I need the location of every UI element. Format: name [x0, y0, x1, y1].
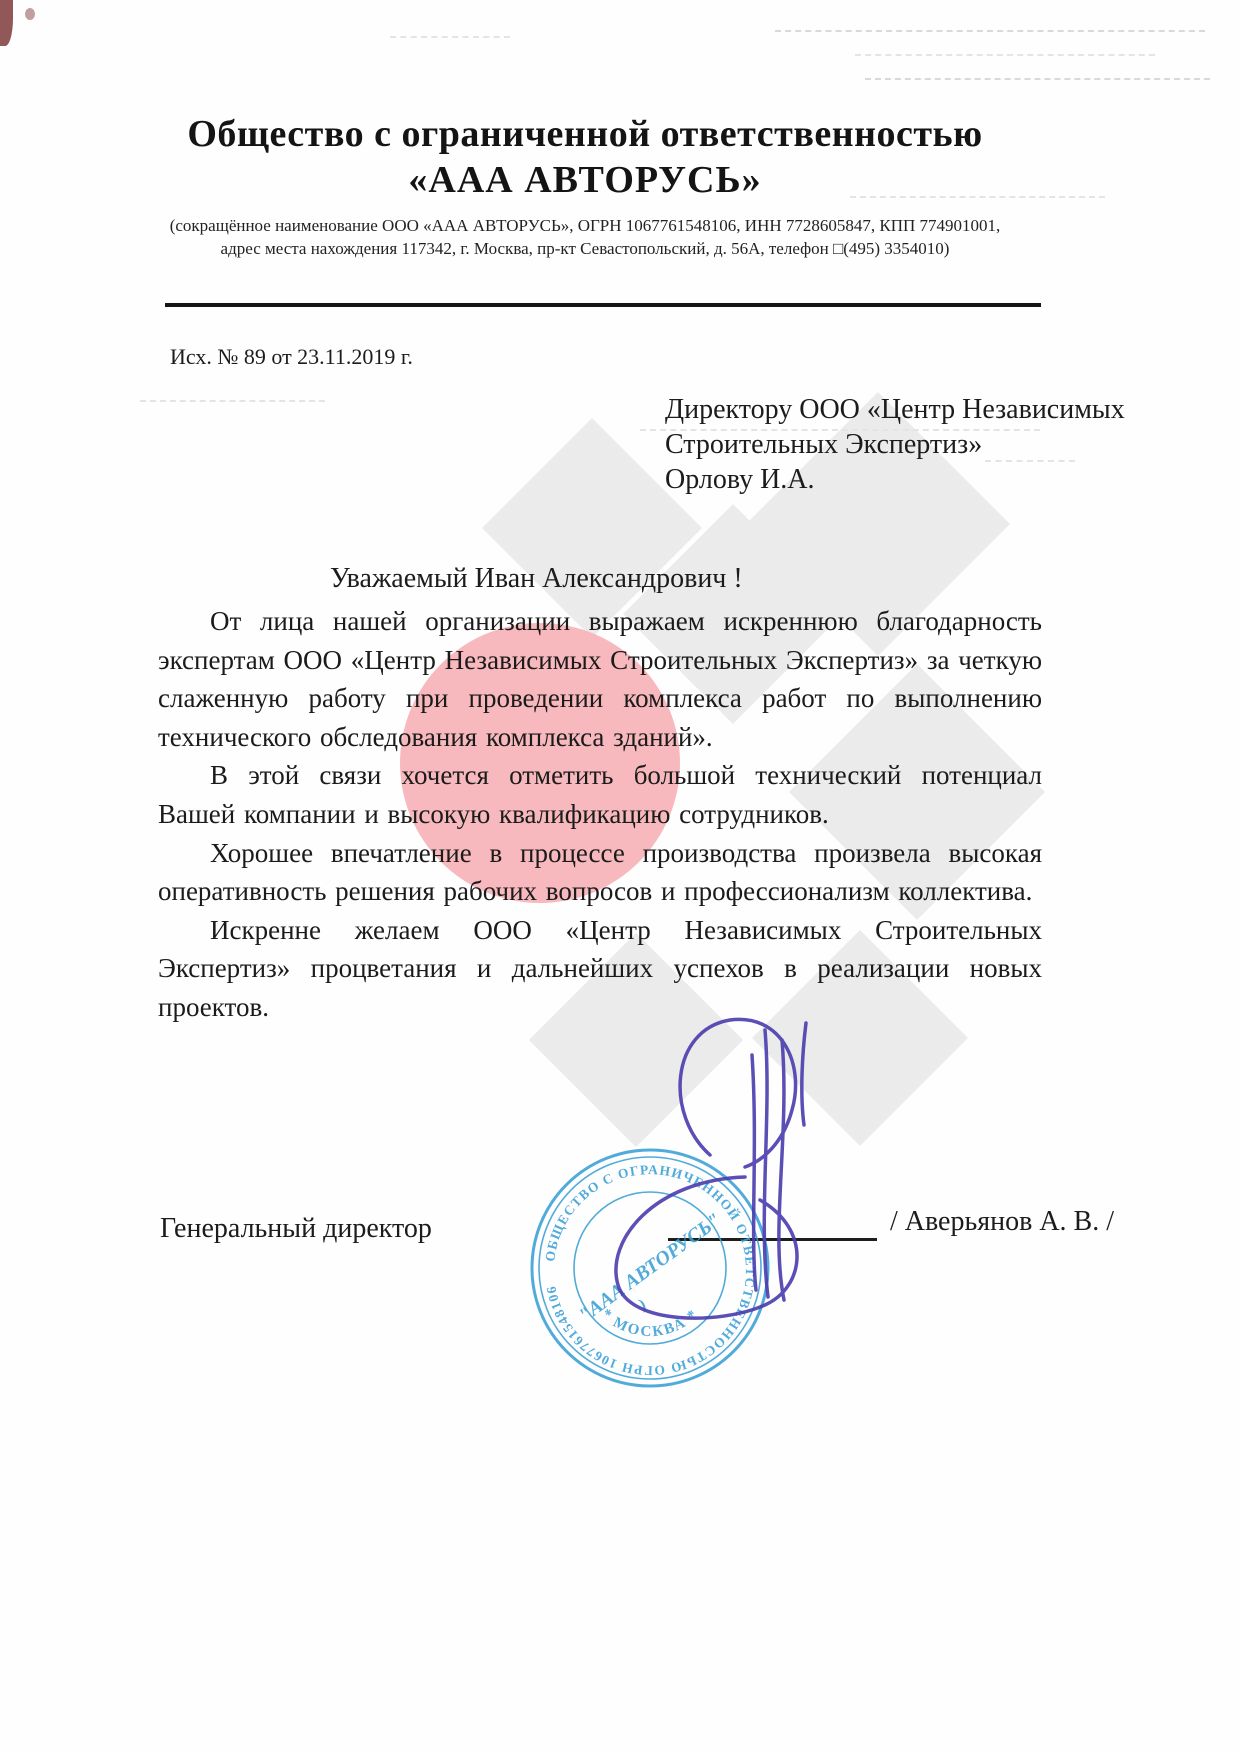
org-name-line2: «ААА АВТОРУСЬ»	[0, 158, 1170, 202]
org-name-line1: Общество с ограниченной ответственностью	[0, 0, 1170, 156]
signature-strokes	[616, 1019, 806, 1318]
body-paragraph: Хорошее впечатление в процессе производс…	[158, 834, 1042, 911]
scanned-letter-page: Общество с ограниченной ответственностью…	[0, 0, 1240, 1753]
letterhead-divider-rule	[165, 303, 1041, 307]
org-details: (сокращённое наименование ООО «ААА АВТОР…	[0, 214, 1170, 260]
recipient-line1: Директору ООО «Центр Независимых	[665, 392, 1125, 427]
recipient-line3: Орлову И.А.	[665, 462, 1125, 497]
letter-content: Общество с ограниченной ответственностью…	[0, 0, 1240, 1753]
org-details-line1: (сокращённое наименование ООО «ААА АВТОР…	[0, 214, 1170, 237]
recipient-line2: Строительных Экспертиз»	[665, 427, 1125, 462]
outgoing-reference: Исх. № 89 от 23.11.2019 г.	[170, 344, 413, 370]
letter-body: От лица нашей организации выражаем искре…	[158, 602, 1042, 1027]
recipient-block: Директору ООО «Центр Независимых Строите…	[665, 392, 1125, 497]
org-details-line2: адрес места нахождения 117342, г. Москва…	[0, 237, 1170, 260]
body-paragraph: В этой связи хочется отметить большой те…	[158, 756, 1042, 833]
signoff-job-title: Генеральный директор	[160, 1213, 432, 1245]
salutation: Уважаемый Иван Александрович !	[330, 563, 743, 595]
signoff-name: / Аверьянов А. В. /	[890, 1206, 1114, 1238]
letterhead: Общество с ограниченной ответственностью…	[0, 0, 1170, 260]
body-paragraph: От лица нашей организации выражаем искре…	[158, 602, 1042, 756]
signature-scribble	[560, 995, 860, 1325]
